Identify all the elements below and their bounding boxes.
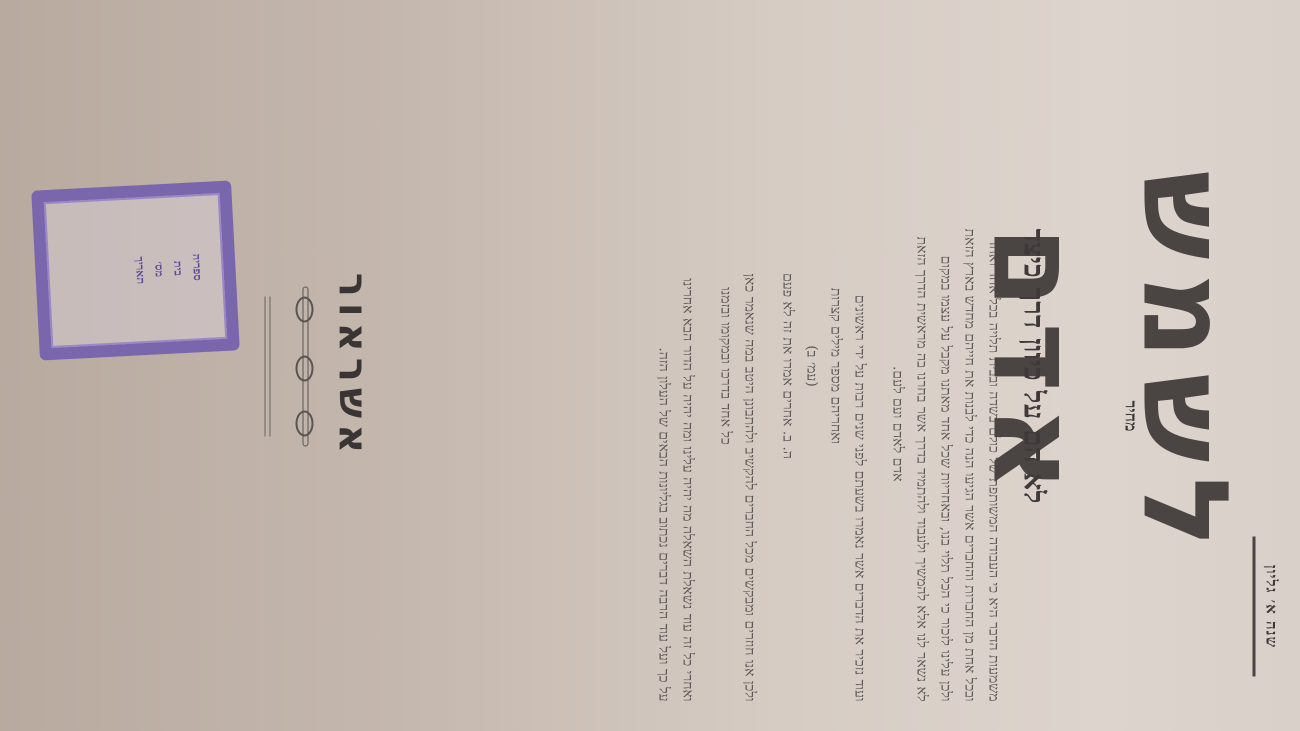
stamp-line: תאריך — [130, 211, 149, 330]
stamp-line: מס׳ — [149, 210, 168, 329]
body-line: משמעות הדבר היא כי העבודה המשותפת של כול… — [981, 30, 1005, 701]
stamp-line: בית — [168, 209, 187, 328]
body-line: ה. ב. אחרים אמרו את זה לא פעם — [775, 30, 799, 701]
library-stamp: ספריה בית מס׳ תאריך — [31, 180, 240, 360]
body-line: ואחריהם מספר מילים קצרות — [823, 30, 847, 701]
ornament-divider — [297, 286, 315, 446]
divider-rule — [264, 296, 270, 436]
body-text: משמעות הדבר היא כי העבודה המשותפת של כול… — [651, 30, 1005, 701]
body-line: ולכן עלינו לזכור כי הכל תלוי בנו, ובאחרי… — [933, 30, 957, 701]
body-line: אדם לאדם ועם לעם. — [885, 30, 909, 701]
body-line: ולכן אנו חוזרים ומבקשים מכל החברים להקשי… — [737, 30, 761, 701]
body-line: על כך ועל עוד הרבה דברים נכתוב בגליונות … — [651, 30, 675, 701]
body-line: לא נשאר לנו אלא להמשיך ולעבוד ולהתמיד בד… — [909, 30, 933, 701]
stamp-line: ספריה — [187, 208, 206, 327]
subtitle: לא הם על כיוון דרך כיצד — [1016, 0, 1050, 731]
issue-label: מחיר — [1120, 400, 1140, 431]
section-heading: אשראור — [329, 0, 375, 731]
body-line: ובכל אחת מן החברות והחברים אשר הגיעו הנה… — [957, 30, 981, 701]
body-line: ועוד נזכיר את הדברים אשר נאמרו בשעתם לפנ… — [847, 30, 871, 701]
body-line: ואחרי כל זה עוד נשאלת השאלה מה יהיה עלינ… — [675, 30, 699, 701]
body-line: (עמ׳ ב) — [799, 30, 823, 701]
body-line: כל אחד בדרכו ובמקומו ובזמנו — [713, 30, 737, 701]
document-page: שנה א׳ גליון לשמש אדם מחיר לא הם על כיוו… — [0, 0, 1300, 731]
